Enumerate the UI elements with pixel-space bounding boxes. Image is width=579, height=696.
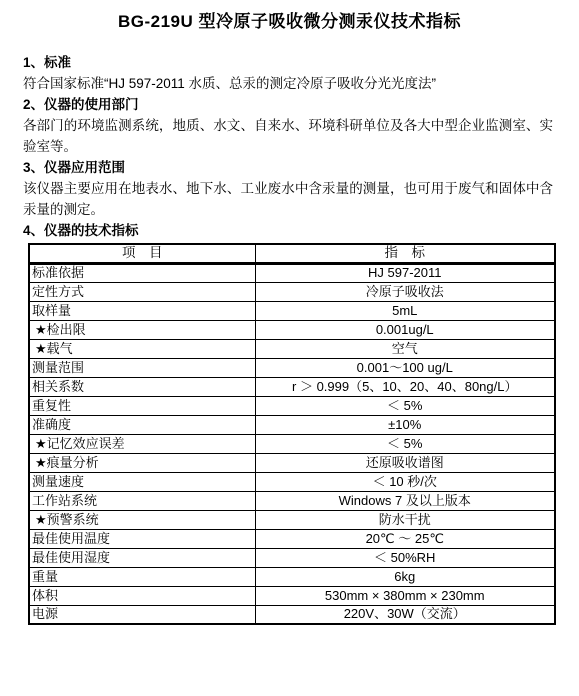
section-departments-heading: 2、仪器的使用部门 (23, 94, 553, 115)
section-standard: 1、标准 符合国家标准“HJ 597-2011 水质、总汞的测定冷原子吸收分光光… (23, 52, 553, 94)
table-row: ★痕量分析还原吸收谱图 (29, 453, 555, 472)
section-application-scope-heading: 3、仪器应用范围 (23, 157, 553, 178)
section-application-scope-body: 该仪器主要应用在地表水、地下水、工业废水中含汞量的测量，也可用于废气和固体中含汞… (23, 178, 553, 220)
spec-value-cell: 空气 (255, 339, 555, 358)
spec-value-cell: ±10% (255, 415, 555, 434)
spec-item-cell: 准确度 (29, 415, 255, 434)
spec-item-cell: 重量 (29, 567, 255, 586)
section-standard-heading: 1、标准 (23, 52, 553, 73)
spec-value-cell: ＜ 50%RH (255, 548, 555, 567)
spec-table-body: 标准依据HJ 597-2011定性方式冷原子吸收法取样量5mL★检出限0.001… (29, 263, 555, 624)
section-standard-body: 符合国家标准“HJ 597-2011 水质、总汞的测定冷原子吸收分光光度法” (23, 73, 553, 94)
spec-item-cell: 最佳使用湿度 (29, 548, 255, 567)
column-header-spec: 指 标 (255, 244, 555, 263)
section-departments-body: 各部门的环境监测系统，地质、水文、自来水、环境科研单位及各大中型企业监测室、实验… (23, 115, 553, 157)
spec-value-cell: 0.001～100 ug/L (255, 358, 555, 377)
table-row: 测量速度＜ 10 秒/次 (29, 472, 555, 491)
document-title: BG-219U 型冷原子吸收微分测汞仪技术指标 (0, 0, 579, 32)
spec-table: 项 目 指 标 标准依据HJ 597-2011定性方式冷原子吸收法取样量5mL★… (28, 243, 556, 625)
table-row: 标准依据HJ 597-2011 (29, 263, 555, 282)
spec-item-cell: 体积 (29, 586, 255, 605)
table-row: 体积530mm × 380mm × 230mm (29, 586, 555, 605)
table-row: 取样量5mL (29, 301, 555, 320)
spec-item-cell: 定性方式 (29, 282, 255, 301)
spec-item-cell: ★记忆效应误差 (29, 434, 255, 453)
spec-value-cell: HJ 597-2011 (255, 263, 555, 282)
spec-item-cell: ★检出限 (29, 320, 255, 339)
table-row: 工作站系统Windows 7 及以上版本 (29, 491, 555, 510)
spec-item-cell: ★载气 (29, 339, 255, 358)
spec-item-cell: 标准依据 (29, 263, 255, 282)
section-application-scope: 3、仪器应用范围 该仪器主要应用在地表水、地下水、工业废水中含汞量的测量，也可用… (23, 157, 553, 220)
table-row: 重量6kg (29, 567, 555, 586)
table-row: ★载气空气 (29, 339, 555, 358)
table-row: ★记忆效应误差＜ 5% (29, 434, 555, 453)
spec-item-cell: ★痕量分析 (29, 453, 255, 472)
table-row: 准确度±10% (29, 415, 555, 434)
spec-value-cell: 防水干扰 (255, 510, 555, 529)
spec-value-cell: 冷原子吸收法 (255, 282, 555, 301)
table-row: 电源220V、30W（交流） (29, 605, 555, 624)
table-row: 重复性＜ 5% (29, 396, 555, 415)
spec-value-cell: 220V、30W（交流） (255, 605, 555, 624)
spec-item-cell: 取样量 (29, 301, 255, 320)
spec-value-cell: r ＞ 0.999（5、10、20、40、80ng/L） (255, 377, 555, 396)
spec-value-cell: ＜ 5% (255, 434, 555, 453)
spec-item-cell: 工作站系统 (29, 491, 255, 510)
document-content: 1、标准 符合国家标准“HJ 597-2011 水质、总汞的测定冷原子吸收分光光… (0, 32, 579, 625)
spec-value-cell: 0.001ug/L (255, 320, 555, 339)
spec-value-cell: 5mL (255, 301, 555, 320)
table-row: 测量范围0.001～100 ug/L (29, 358, 555, 377)
spec-value-cell: ＜ 5% (255, 396, 555, 415)
document-page: BG-219U 型冷原子吸收微分测汞仪技术指标 1、标准 符合国家标准“HJ 5… (0, 0, 579, 696)
table-row: 定性方式冷原子吸收法 (29, 282, 555, 301)
spec-value-cell: 6kg (255, 567, 555, 586)
spec-item-cell: 测量速度 (29, 472, 255, 491)
table-row: 相关系数r ＞ 0.999（5、10、20、40、80ng/L） (29, 377, 555, 396)
spec-value-cell: 530mm × 380mm × 230mm (255, 586, 555, 605)
column-header-item: 项 目 (29, 244, 255, 263)
spec-table-header-row: 项 目 指 标 (29, 244, 555, 263)
spec-value-cell: 20℃ ～ 25℃ (255, 529, 555, 548)
spec-item-cell: 测量范围 (29, 358, 255, 377)
spec-item-cell: ★预警系统 (29, 510, 255, 529)
spec-item-cell: 重复性 (29, 396, 255, 415)
spec-value-cell: ＜ 10 秒/次 (255, 472, 555, 491)
section-technical-specs: 4、仪器的技术指标 项 目 指 标 标准依据HJ 597-2011定性方式冷原子… (23, 220, 553, 625)
spec-value-cell: Windows 7 及以上版本 (255, 491, 555, 510)
table-row: ★检出限0.001ug/L (29, 320, 555, 339)
table-row: 最佳使用湿度＜ 50%RH (29, 548, 555, 567)
section-technical-specs-heading: 4、仪器的技术指标 (23, 220, 553, 241)
spec-item-cell: 相关系数 (29, 377, 255, 396)
table-row: 最佳使用温度20℃ ～ 25℃ (29, 529, 555, 548)
spec-item-cell: 最佳使用温度 (29, 529, 255, 548)
spec-table-header: 项 目 指 标 (29, 244, 555, 263)
section-departments: 2、仪器的使用部门 各部门的环境监测系统，地质、水文、自来水、环境科研单位及各大… (23, 94, 553, 157)
table-row: ★预警系统防水干扰 (29, 510, 555, 529)
spec-item-cell: 电源 (29, 605, 255, 624)
spec-value-cell: 还原吸收谱图 (255, 453, 555, 472)
